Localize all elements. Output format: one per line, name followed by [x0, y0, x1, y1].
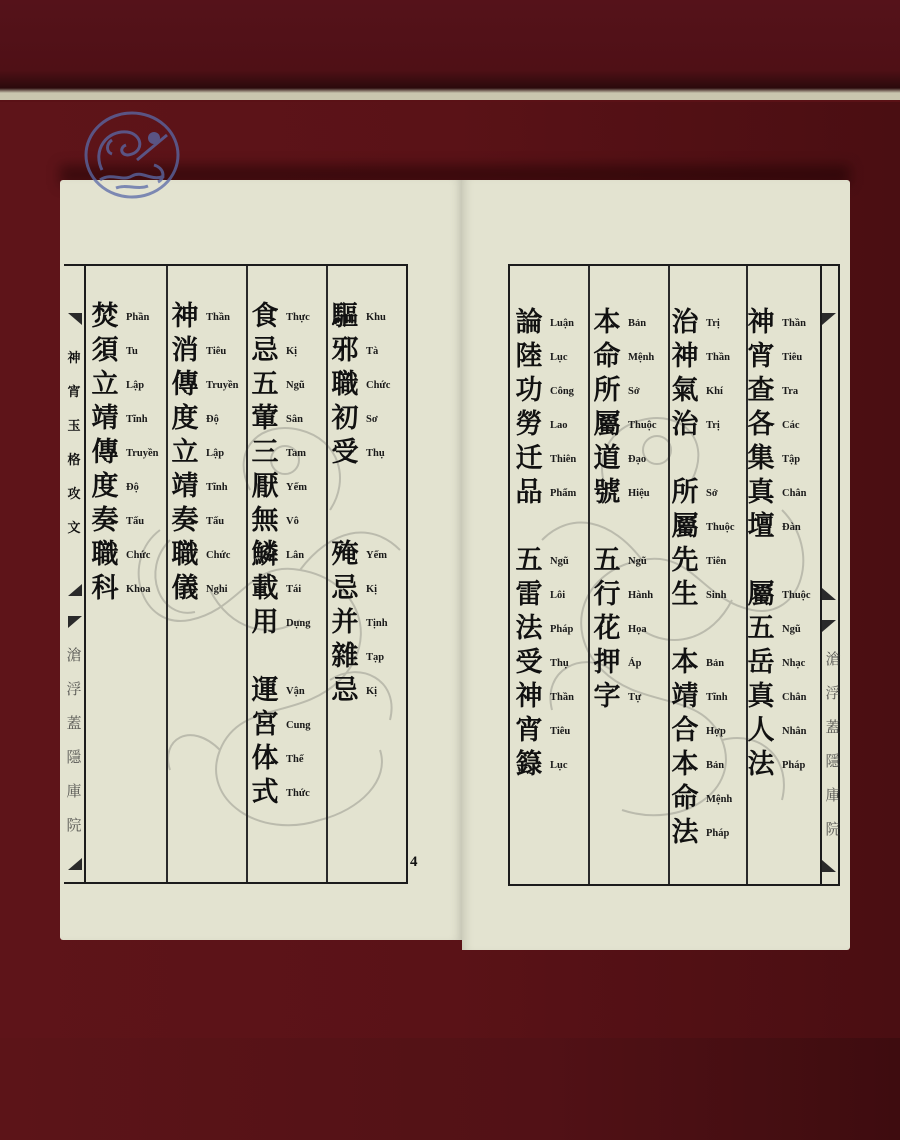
han-char: 運: [248, 674, 282, 708]
viet-reading: Tiêu: [782, 352, 802, 363]
viet-reading: Lao: [550, 420, 568, 431]
han-char: 傳: [168, 368, 202, 402]
han-char: 本: [668, 748, 702, 782]
fish-tail-mark-icon: [822, 313, 836, 325]
viet-reading: Hiệu: [628, 488, 650, 499]
viet-reading: Sơ: [366, 414, 378, 425]
han-char: 忌: [328, 674, 362, 708]
viet-reading: Lân: [286, 550, 304, 561]
han-char: 宵: [512, 714, 546, 748]
han-char: 神: [512, 680, 546, 714]
han-char: 度: [168, 402, 202, 436]
han-char: 治: [668, 408, 702, 442]
viet-reading: Bản: [706, 658, 724, 669]
viet-reading: Chức: [366, 380, 390, 391]
han-char: 陸: [512, 340, 546, 374]
background-bottom-band: [0, 1038, 900, 1140]
viet-reading: Lục: [550, 352, 568, 363]
viet-reading: Tiêu: [206, 346, 226, 357]
viet-reading: Chân: [782, 488, 807, 499]
viet-reading: Thụ: [366, 448, 385, 459]
viet-reading: Độ: [206, 414, 219, 425]
viet-reading: Tái: [286, 584, 301, 595]
han-char: 屬: [590, 408, 624, 442]
han-char: 法: [744, 748, 778, 782]
viet-reading: Khoa: [126, 584, 151, 595]
viet-reading: Sở: [706, 488, 718, 499]
han-char: 無: [248, 504, 282, 538]
viet-reading: Họa: [628, 624, 647, 635]
han-char: 真: [744, 476, 778, 510]
han-char: 度: [88, 470, 122, 504]
viet-reading: Tĩnh: [126, 414, 148, 425]
viet-reading: Lôi: [550, 590, 565, 601]
han-char: 傳: [88, 436, 122, 470]
viet-reading: Vận: [286, 686, 305, 697]
viet-reading: Thiên: [550, 454, 576, 465]
han-char: 道: [590, 442, 624, 476]
viet-reading: Cung: [286, 720, 311, 731]
viet-reading: Tà: [366, 346, 378, 357]
han-char: 儀: [168, 572, 202, 606]
viet-reading: Tịnh: [366, 618, 388, 629]
viet-reading: Lục: [550, 760, 568, 771]
viet-reading: Thuộc: [628, 420, 657, 431]
fish-tail-mark-icon: [822, 860, 836, 872]
viet-reading: Tĩnh: [706, 692, 728, 703]
viet-reading: Nhân: [782, 726, 807, 737]
viet-reading: Thụ: [550, 658, 569, 669]
viet-reading: Tập: [782, 454, 800, 465]
viet-reading: Mệnh: [628, 352, 654, 363]
viet-reading: Luận: [550, 318, 574, 329]
han-char: 厭: [248, 470, 282, 504]
han-char: 神: [744, 306, 778, 340]
viet-reading: Sân: [286, 414, 303, 425]
han-char: 食: [248, 300, 282, 334]
left-page: 神 宵 玉 格 攻 文 滄 浮 蓋 隱 庫 院 4 焚Phần 須Tu 立Lập…: [60, 180, 462, 940]
viet-reading: Công: [550, 386, 574, 397]
viet-reading: Thần: [206, 312, 230, 323]
han-char: 岳: [744, 646, 778, 680]
han-char: 論: [512, 306, 546, 340]
viet-reading: Pháp: [782, 760, 805, 771]
viet-reading: Pháp: [550, 624, 573, 635]
viet-reading: Thể: [286, 754, 304, 765]
han-char: 所: [590, 374, 624, 408]
viet-reading: Hành: [628, 590, 653, 601]
han-char: 雜: [328, 640, 362, 674]
han-char: 葷: [248, 402, 282, 436]
fish-tail-mark-icon: [68, 858, 82, 870]
han-char: 五: [248, 368, 282, 402]
han-char: 雷: [512, 578, 546, 612]
han-char: 載: [248, 572, 282, 606]
han-char: 氣: [668, 374, 702, 408]
han-char: 五: [512, 544, 546, 578]
viet-reading: Tiên: [706, 556, 726, 567]
han-char: 宵: [744, 340, 778, 374]
han-char: 奏: [88, 504, 122, 538]
viet-reading: Bản: [706, 760, 724, 771]
fish-tail-mark-icon: [822, 620, 836, 632]
viet-reading: Kị: [366, 584, 377, 595]
viet-reading: Phẩm: [550, 488, 576, 499]
viet-reading: Trị: [706, 420, 720, 431]
han-char: 奏: [168, 504, 202, 538]
han-char: 所: [668, 476, 702, 510]
scroll-wave-seal-icon: [82, 110, 182, 200]
viet-reading: Đạo: [628, 454, 646, 465]
viet-reading: Kị: [286, 346, 297, 357]
han-char: 鱗: [248, 538, 282, 572]
viet-reading: Thần: [706, 352, 730, 363]
viet-reading: Thần: [550, 692, 574, 703]
viet-reading: Ngũ: [550, 556, 569, 567]
han-char: 法: [668, 816, 702, 850]
viet-reading: Trị: [706, 318, 720, 329]
viet-reading: Vô: [286, 516, 299, 527]
han-char: 三: [248, 436, 282, 470]
han-char: 查: [744, 374, 778, 408]
viet-reading: Chức: [206, 550, 230, 561]
viet-reading: Sinh: [706, 590, 726, 601]
viet-reading: Tự: [628, 692, 641, 703]
viet-reading: Tu: [126, 346, 138, 357]
han-char: 字: [590, 680, 624, 714]
viet-reading: Kị: [366, 686, 377, 697]
viet-reading: Sở: [628, 386, 640, 397]
viet-reading: Độ: [126, 482, 139, 493]
viet-reading: Ngũ: [286, 380, 305, 391]
han-char: 真: [744, 680, 778, 714]
han-char: 式: [248, 776, 282, 810]
han-char: 焚: [88, 300, 122, 334]
han-char: 立: [88, 368, 122, 402]
viet-reading: Thuộc: [706, 522, 735, 533]
viet-reading: Tĩnh: [206, 482, 228, 493]
han-char: 人: [744, 714, 778, 748]
han-char: 神: [668, 340, 702, 374]
han-char: 押: [590, 646, 624, 680]
han-char: 職: [328, 368, 362, 402]
viet-reading: Các: [782, 420, 800, 431]
viet-reading: Thực: [286, 312, 310, 323]
viet-reading: Nhạc: [782, 658, 805, 669]
han-char: 本: [668, 646, 702, 680]
han-char: 生: [668, 578, 702, 612]
background-top-band: [0, 0, 900, 100]
viet-reading: Chức: [126, 550, 150, 561]
han-char: 靖: [88, 402, 122, 436]
han-char: 集: [744, 442, 778, 476]
han-char: 驅: [328, 300, 362, 334]
han-char: 宮: [248, 708, 282, 742]
han-char: 行: [590, 578, 624, 612]
han-char: 命: [668, 782, 702, 816]
han-char: 職: [88, 538, 122, 572]
han-char: 五: [744, 612, 778, 646]
viet-reading: Thức: [286, 788, 310, 799]
han-char: 治: [668, 306, 702, 340]
viet-reading: Tiêu: [550, 726, 570, 737]
viet-reading: Ngũ: [628, 556, 647, 567]
viet-reading: Tạp: [366, 652, 384, 663]
han-char: 邪: [328, 334, 362, 368]
viet-reading: Yếm: [366, 550, 387, 561]
han-char: 忌: [248, 334, 282, 368]
fish-tail-mark-icon: [822, 588, 836, 600]
han-char: 各: [744, 408, 778, 442]
viet-reading: Thần: [782, 318, 806, 329]
han-char: 壇: [744, 510, 778, 544]
viet-reading: Khí: [706, 386, 723, 397]
viet-reading: Bản: [628, 318, 646, 329]
han-char: 職: [168, 538, 202, 572]
han-char: 消: [168, 334, 202, 368]
han-char: 花: [590, 612, 624, 646]
han-char: 五: [590, 544, 624, 578]
han-char: 功: [512, 374, 546, 408]
han-char: 迁: [512, 442, 546, 476]
viet-reading: Tam: [286, 448, 306, 459]
viet-reading: Truyền: [206, 380, 238, 391]
viet-reading: Truyền: [126, 448, 158, 459]
han-char: 本: [590, 306, 624, 340]
han-char: 科: [88, 572, 122, 606]
han-char: 并: [328, 606, 362, 640]
han-char: 靖: [668, 680, 702, 714]
viet-reading: Hợp: [706, 726, 726, 737]
viet-reading: Tra: [782, 386, 798, 397]
fish-tail-mark-icon: [68, 616, 82, 628]
page-number: 4: [410, 854, 418, 871]
right-page: 滄 浮 蓋 隱 庫 院 神Thần 宵Tiêu 查Tra 各Các 集Tập 真…: [462, 180, 850, 950]
viet-reading: Mệnh: [706, 794, 732, 805]
han-char: 屬: [744, 578, 778, 612]
han-char: 受: [328, 436, 362, 470]
han-char: 忌: [328, 572, 362, 606]
viet-reading: Nghi: [206, 584, 228, 595]
viet-reading: Tấu: [126, 516, 144, 527]
viet-reading: Yếm: [286, 482, 307, 493]
viet-reading: Lập: [126, 380, 144, 391]
han-char: 神: [168, 300, 202, 334]
viet-reading: Lập: [206, 448, 224, 459]
fish-tail-mark-icon: [68, 584, 82, 596]
han-char: 立: [168, 436, 202, 470]
viet-reading: Dụng: [286, 618, 311, 629]
han-char: 先: [668, 544, 702, 578]
han-char: 初: [328, 402, 362, 436]
han-char: 法: [512, 612, 546, 646]
han-char: 籙: [512, 748, 546, 782]
han-char: 合: [668, 714, 702, 748]
han-char: 號: [590, 476, 624, 510]
fish-tail-mark-icon: [68, 313, 82, 325]
viet-reading: Phần: [126, 312, 149, 323]
han-char: 命: [590, 340, 624, 374]
viet-reading: Pháp: [706, 828, 729, 839]
viet-reading: Thuộc: [782, 590, 811, 601]
viet-reading: Áp: [628, 658, 641, 669]
han-char: 用: [248, 606, 282, 640]
viet-reading: Ngũ: [782, 624, 801, 635]
han-char: 靖: [168, 470, 202, 504]
han-char: 須: [88, 334, 122, 368]
han-char: 体: [248, 742, 282, 776]
viet-reading: Tấu: [206, 516, 224, 527]
viet-reading: Chân: [782, 692, 807, 703]
han-char: 品: [512, 476, 546, 510]
han-char: 殗: [328, 538, 362, 572]
han-char: 勞: [512, 408, 546, 442]
han-char: 屬: [668, 510, 702, 544]
han-char: 受: [512, 646, 546, 680]
viet-reading: Đàn: [782, 522, 801, 533]
viet-reading: Khu: [366, 312, 386, 323]
